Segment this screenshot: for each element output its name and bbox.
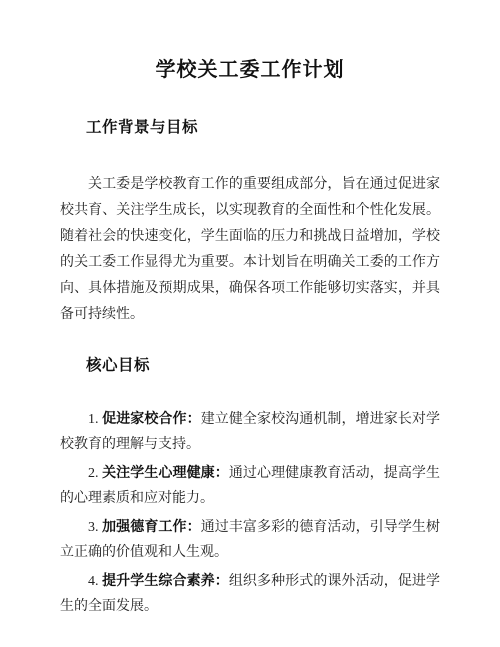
goal-label: 关注学生心理健康： bbox=[102, 464, 229, 480]
goal-number: 1. bbox=[88, 412, 102, 427]
section-heading-core-goals: 核心目标 bbox=[60, 356, 440, 376]
goal-item-2: 2. 关注学生心理健康：通过心理健康教育活动，提高学生的心理素质和应对能力。 bbox=[60, 460, 440, 511]
goal-item-3: 3. 加强德育工作：通过丰富多彩的德育活动，引导学生树立正确的价值观和人生观。 bbox=[60, 514, 440, 565]
document-title: 学校关工委工作计划 bbox=[60, 57, 440, 84]
goal-item-4: 4. 提升学生综合素养：组织多种形式的课外活动，促进学生的全面发展。 bbox=[60, 568, 440, 619]
goal-number: 3. bbox=[88, 520, 102, 535]
goal-label: 加强德育工作： bbox=[102, 518, 201, 534]
goal-number: 4. bbox=[88, 574, 102, 589]
goal-list: 1. 促进家校合作：建立健全家校沟通机制，增进家长对学校教育的理解与支持。 2.… bbox=[60, 406, 440, 619]
goal-label: 促进家校合作： bbox=[102, 410, 201, 426]
goal-label: 提升学生综合素养： bbox=[102, 572, 229, 588]
goal-number: 2. bbox=[88, 466, 102, 481]
section-heading-background: 工作背景与目标 bbox=[60, 118, 440, 138]
background-paragraph: 关工委是学校教育工作的重要组成部分，旨在通过促进家校共育、关注学生成长，以实现教… bbox=[60, 172, 440, 328]
document-page: 学校关工委工作计划 工作背景与目标 关工委是学校教育工作的重要组成部分，旨在通过… bbox=[0, 0, 500, 647]
goal-item-1: 1. 促进家校合作：建立健全家校沟通机制，增进家长对学校教育的理解与支持。 bbox=[60, 406, 440, 457]
